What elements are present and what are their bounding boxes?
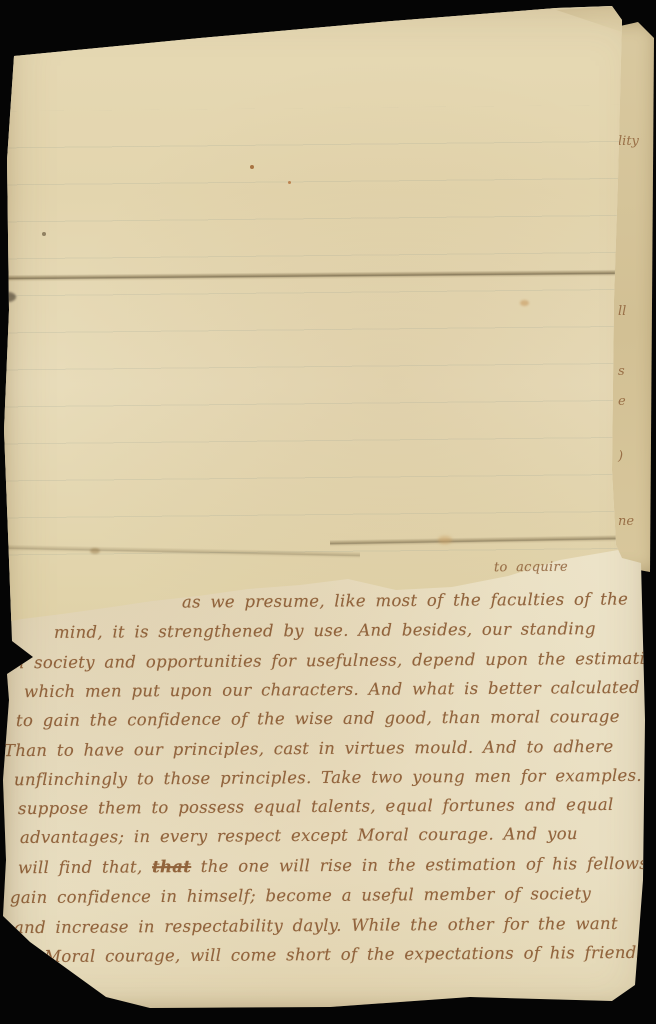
smudge-mark: [0, 292, 16, 302]
manuscript-line: suppose them to possess equal talents, e…: [18, 795, 614, 818]
manuscript-line: will find that, that the one will rise i…: [18, 854, 654, 877]
manuscript-line: Than to have our principles, cast in vir…: [4, 737, 614, 760]
strikethrough-word: that: [152, 857, 191, 876]
edge-text-fragment: ): [618, 449, 623, 464]
manuscript-line: and increase in respectability dayly. Wh…: [14, 914, 618, 937]
manuscript-line: gain confidence in himself; become a use…: [10, 884, 591, 907]
stain-spot: [42, 232, 46, 236]
edge-text-fragment: ll: [618, 304, 626, 319]
stain-spot: [90, 548, 100, 554]
manuscript-line: in society and opportunities for usefuln…: [8, 649, 656, 673]
stain-spot: [288, 181, 291, 184]
manuscript-line: which men put upon our characters. And w…: [24, 678, 640, 701]
manuscript-line: as we presume, like most of the facultie…: [182, 589, 628, 611]
line-segment: will find that,: [18, 857, 152, 877]
edge-text-fragment: s: [618, 364, 625, 379]
ruled-lines: [0, 105, 656, 582]
manuscript-line: unflinchingly to those principles. Take …: [14, 766, 642, 789]
edge-text-fragment: lity: [618, 134, 639, 149]
folded-corner: [556, 6, 622, 32]
manuscript-line: mind, it is strengthened by use. And bes…: [54, 619, 596, 642]
scanned-document-canvas: lity ll s e ) ne to acquire as we presum…: [0, 0, 656, 1024]
folded-blank-flap: [0, 0, 656, 640]
manuscript-line: advantages; in every respect except Mora…: [20, 824, 578, 847]
interlinear-note: to acquire: [494, 560, 568, 576]
line-segment: the one will rise in the estimation of h…: [191, 854, 654, 876]
stain-spot: [520, 300, 529, 306]
stain-spot: [250, 165, 254, 169]
stain-spot: [438, 536, 452, 544]
manuscript-page: to acquire as we presume, like most of t…: [0, 0, 656, 1024]
edge-text-fragment: ne: [618, 514, 634, 529]
manuscript-line: of Moral courage, will come short of the…: [18, 943, 645, 966]
manuscript-line: to gain the confidence of the wise and g…: [16, 707, 620, 730]
edge-text-fragment: e: [618, 394, 626, 409]
